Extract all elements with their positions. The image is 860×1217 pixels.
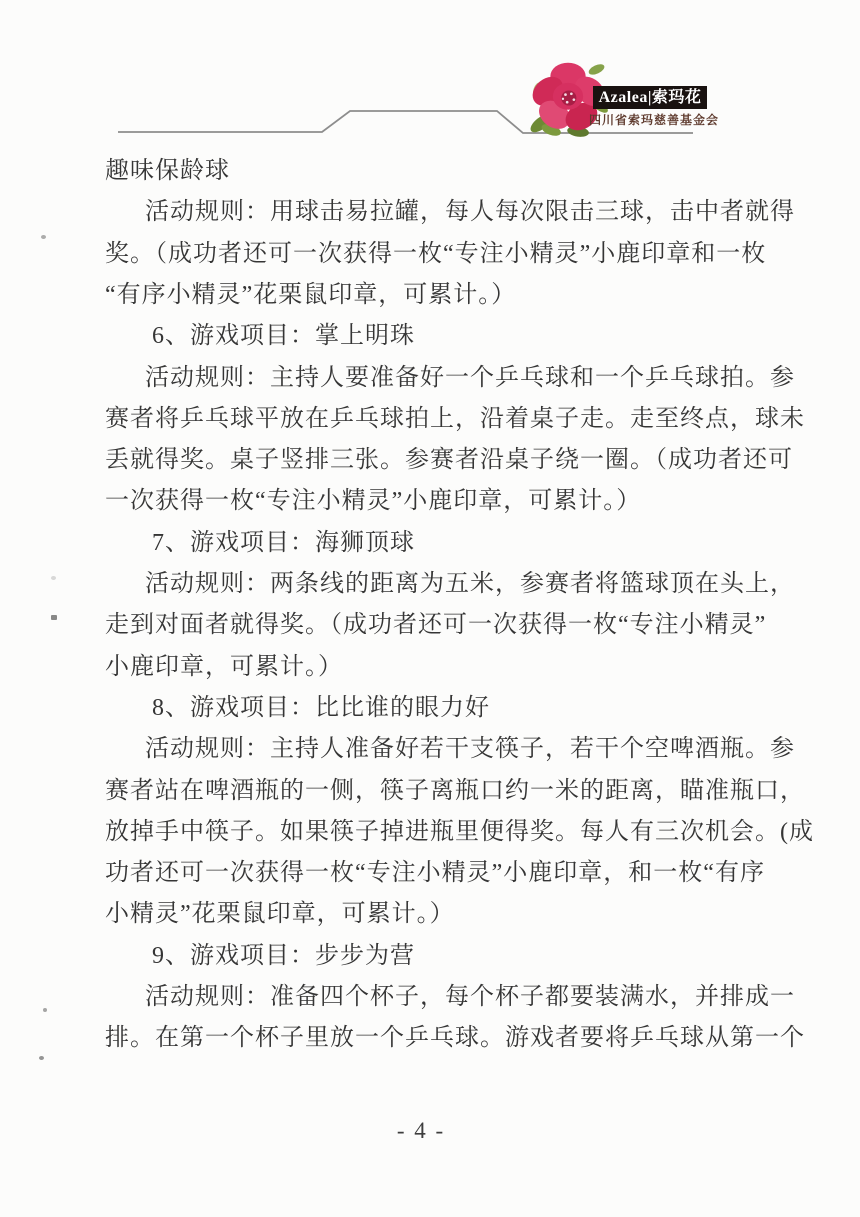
game-heading-line: 9、游戏项目：步步为营 (152, 941, 415, 971)
page-number: - 4 - (0, 1118, 842, 1144)
doc-text-line: 活动规则：主持人要准备好一个乒乓球和一个乒乓球拍。参 (145, 363, 795, 393)
scan-speck (43, 1008, 47, 1012)
game-heading-line: 8、游戏项目：比比谁的眼力好 (152, 693, 490, 723)
doc-text-line: 活动规则：主持人准备好若干支筷子，若干个空啤酒瓶。参 (145, 734, 795, 764)
doc-text-line: 排。在第一个杯子里放一个乒乓球。游戏者要将乒乓球从第一个 (105, 1023, 805, 1053)
doc-text-line: 功者还可一次获得一枚“专注小精灵”小鹿印章，和一枚“有序 (105, 858, 765, 888)
organization-name: 四川省索玛慈善基金会 (589, 111, 711, 128)
doc-text-line: “有序小精灵”花栗鼠印章，可累计。） (105, 280, 516, 310)
game-heading-line: 7、游戏项目：海狮顶球 (152, 528, 415, 558)
scan-speck (39, 1056, 44, 1060)
game-heading-line: 6、游戏项目：掌上明珠 (152, 321, 415, 351)
doc-text-line: 活动规则：用球击易拉罐，每人每次限击三球，击中者就得 (145, 197, 795, 227)
header-rule (0, 0, 860, 160)
doc-text-line: 活动规则：准备四个杯子，每个杯子都要装满水，并排成一 (145, 982, 795, 1012)
doc-text-line: 小鹿印章，可累计。） (105, 652, 343, 682)
doc-text-line: 小精灵”花栗鼠印章，可累计。） (105, 899, 455, 929)
doc-text-line: 一次获得一枚“专注小精灵”小鹿印章，可累计。） (105, 486, 641, 516)
brand-label: Azalea|索玛花 (599, 90, 702, 106)
doc-text-line: 赛者将乒乓球平放在乒乓球拍上，沿着桌子走。走至终点，球未 (105, 404, 805, 434)
doc-text-line: 走到对面者就得奖。（成功者还可一次获得一枚“专注小精灵” (105, 610, 766, 640)
doc-text-line: 放掉手中筷子。如果筷子掉进瓶里便得奖。每人有三次机会。(成 (105, 817, 814, 847)
document-page: Azalea|索玛花 四川省索玛慈善基金会 趣味保龄球活动规则：用球击易拉罐，每… (0, 0, 860, 1217)
doc-text-line: 趣味保龄球 (105, 156, 230, 186)
doc-text-line: 奖。（成功者还可一次获得一枚“专注小精灵”小鹿印章和一枚 (105, 239, 766, 269)
scan-speck (51, 615, 57, 620)
doc-text-line: 赛者站在啤酒瓶的一侧，筷子离瓶口约一米的距离，瞄准瓶口， (105, 776, 805, 806)
doc-text-line: 活动规则：两条线的距离为五米，参赛者将篮球顶在头上， (145, 569, 795, 599)
scan-speck (41, 235, 46, 239)
brand-box: Azalea|索玛花 (593, 86, 707, 109)
scan-speck (51, 576, 56, 580)
doc-text-line: 丢就得奖。桌子竖排三张。参赛者沿桌子绕一圈。（成功者还可 (105, 445, 793, 475)
